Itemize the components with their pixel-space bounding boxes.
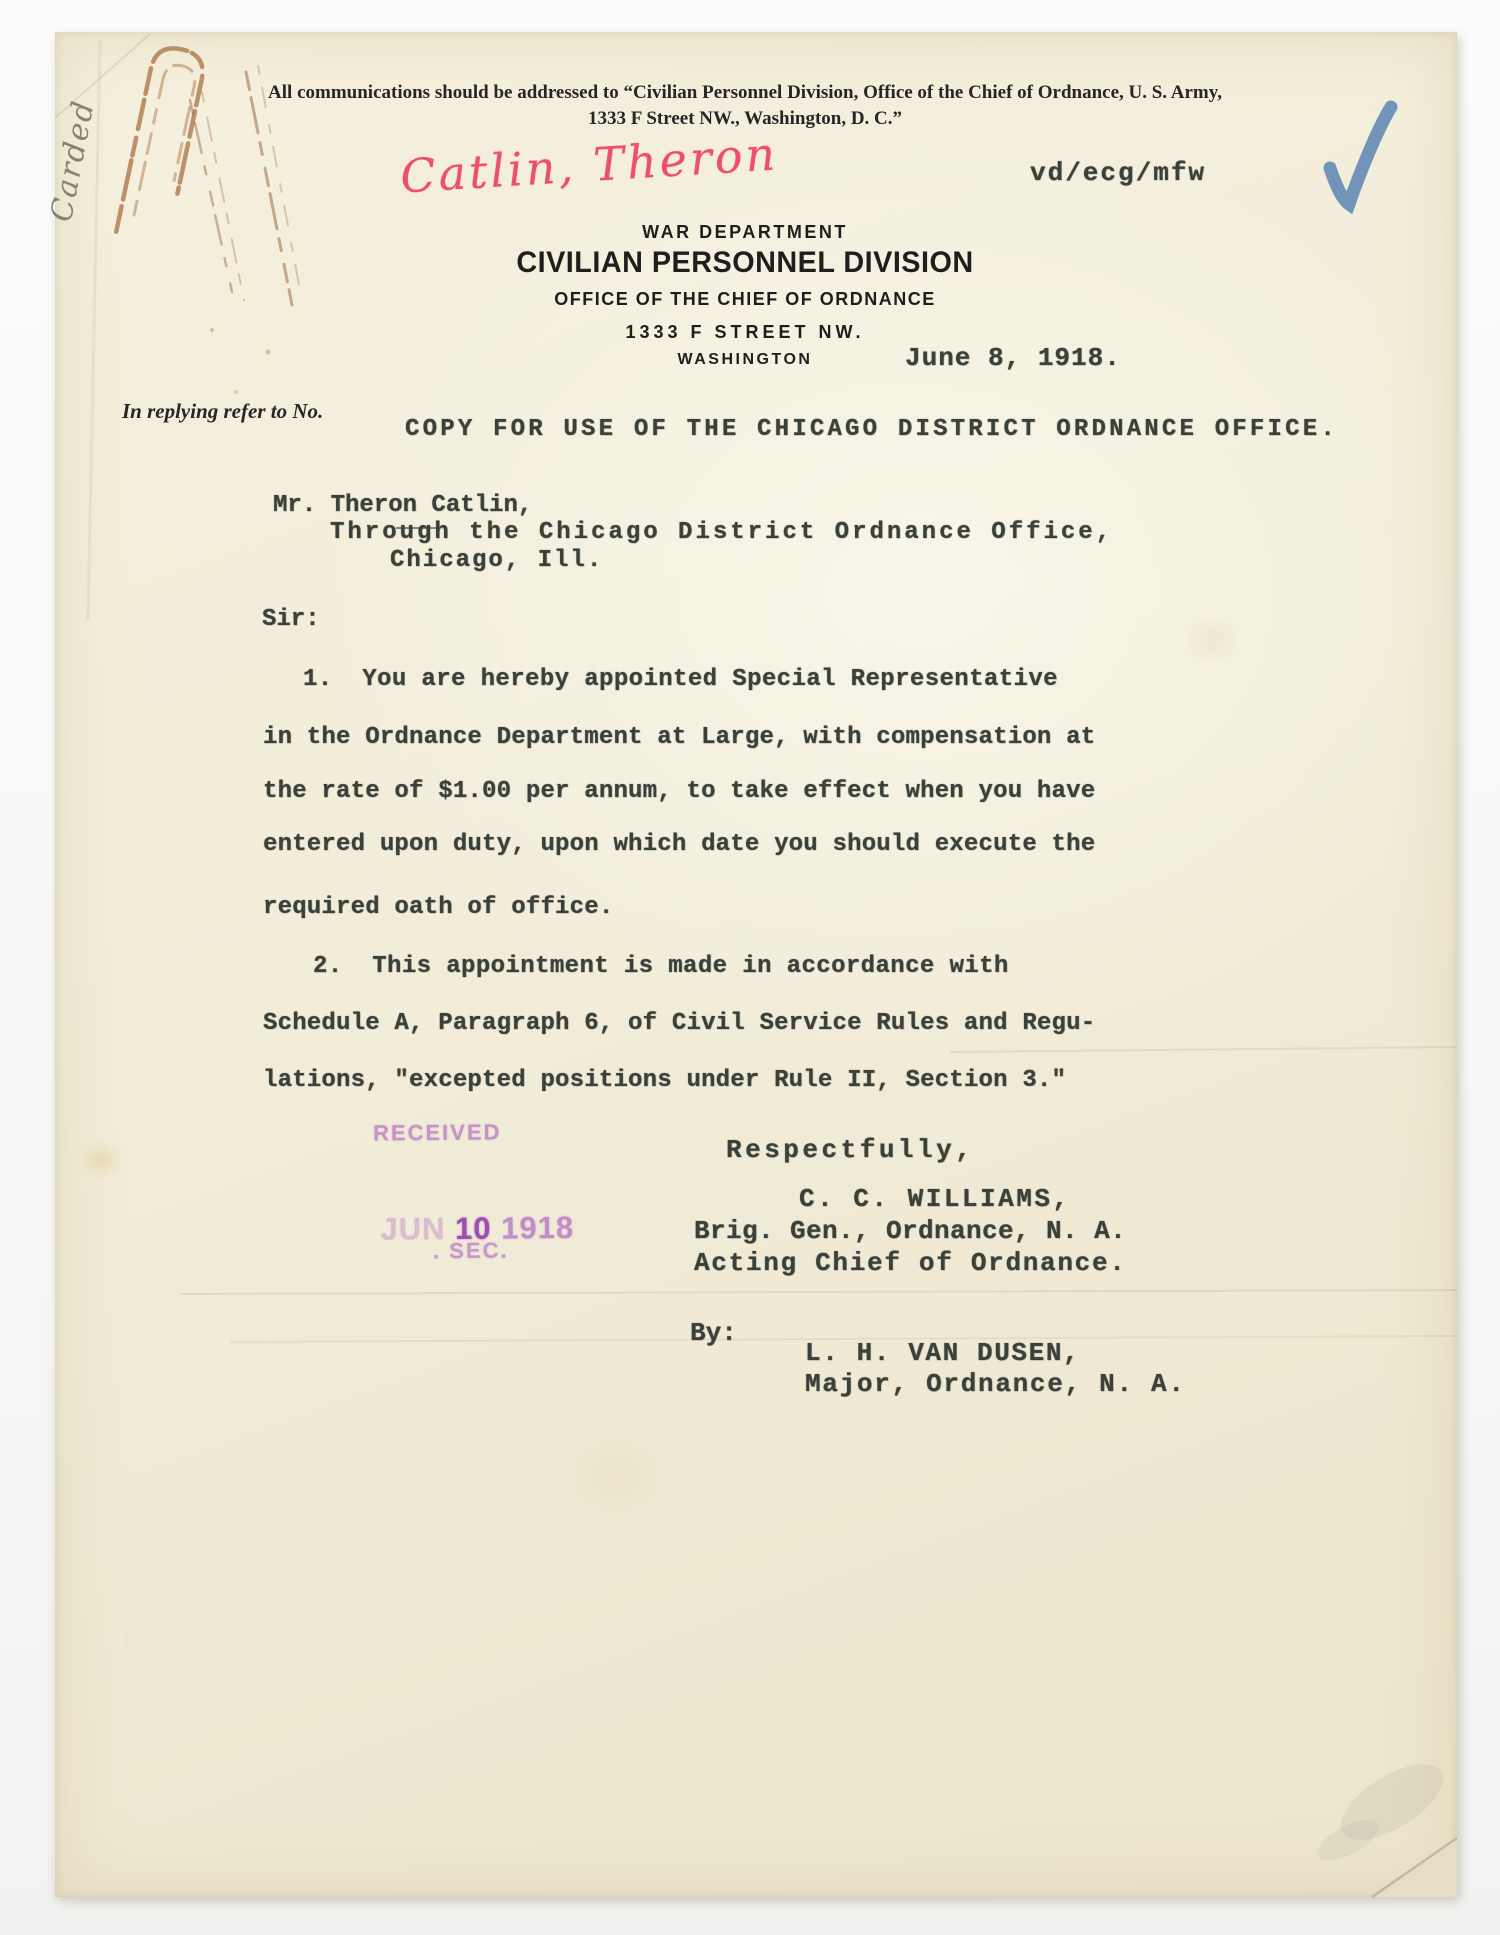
body-line: lations, "excepted positions under Rule …	[263, 1067, 1066, 1094]
body-line: entered upon duty, upon which date you s…	[263, 831, 1095, 858]
body-line: the rate of $1.00 per annum, to take eff…	[263, 778, 1095, 805]
signature-title: Acting Chief of Ordnance.	[694, 1248, 1127, 1278]
header-note-line2: 1333 F Street NW., Washington, D. C.”	[95, 108, 1395, 130]
body-line: 1. You are hereby appointed Special Repr…	[303, 666, 1058, 693]
address-line: Chicago, Ill.	[390, 547, 603, 574]
letterhead-street: 1333 F STREET NW.	[380, 322, 1110, 343]
received-stamp-date: JUN 10 1918	[342, 1174, 575, 1284]
address-line: Through the Chicago District Ordnance Of…	[330, 519, 1113, 546]
body-line: Schedule A, Paragraph 6, of Civil Servic…	[263, 1010, 1095, 1037]
scanned-letter: Carded All communications should be addr…	[0, 0, 1500, 1935]
by-label: By:	[690, 1318, 737, 1348]
stamp-year: 1918	[501, 1210, 574, 1246]
by-signature-rank: Major, Ordnance, N. A.	[805, 1369, 1186, 1399]
salutation: Sir:	[262, 606, 320, 633]
by-signature-name: L. H. VAN DUSEN,	[805, 1338, 1080, 1368]
signature-name: C. C. WILLIAMS,	[799, 1184, 1071, 1214]
received-stamp-line1: RECEIVED	[373, 1119, 502, 1146]
copy-heading: COPY FOR USE OF THE CHICAGO DISTRICT ORD…	[405, 416, 1338, 443]
received-stamp-section: . SEC.	[433, 1238, 509, 1265]
letterhead-office: OFFICE OF THE CHIEF OF ORDNANCE	[380, 289, 1110, 310]
body-line: in the Ordnance Department at Large, wit…	[263, 724, 1095, 751]
header-note-line1: All communications should be addressed t…	[95, 82, 1395, 104]
address-line: Mr. Theron Catlin,	[273, 492, 532, 519]
closing: Respectfully,	[726, 1135, 974, 1165]
refer-note: In replying refer to No.	[122, 399, 323, 424]
body-line: required oath of office.	[263, 894, 613, 921]
signature-rank: Brig. Gen., Ordnance, N. A.	[694, 1216, 1126, 1246]
typed-underscore-mark	[396, 527, 436, 529]
date-line: June 8, 1918.	[905, 343, 1121, 373]
body-line: 2. This appointment is made in accordanc…	[313, 953, 1009, 980]
letterhead-dept: WAR DEPARTMENT	[380, 222, 1110, 243]
letterhead-division: CIVILIAN PERSONNEL DIVISION	[395, 246, 1096, 280]
typist-initials: vd/ecg/mfw	[1030, 158, 1206, 188]
